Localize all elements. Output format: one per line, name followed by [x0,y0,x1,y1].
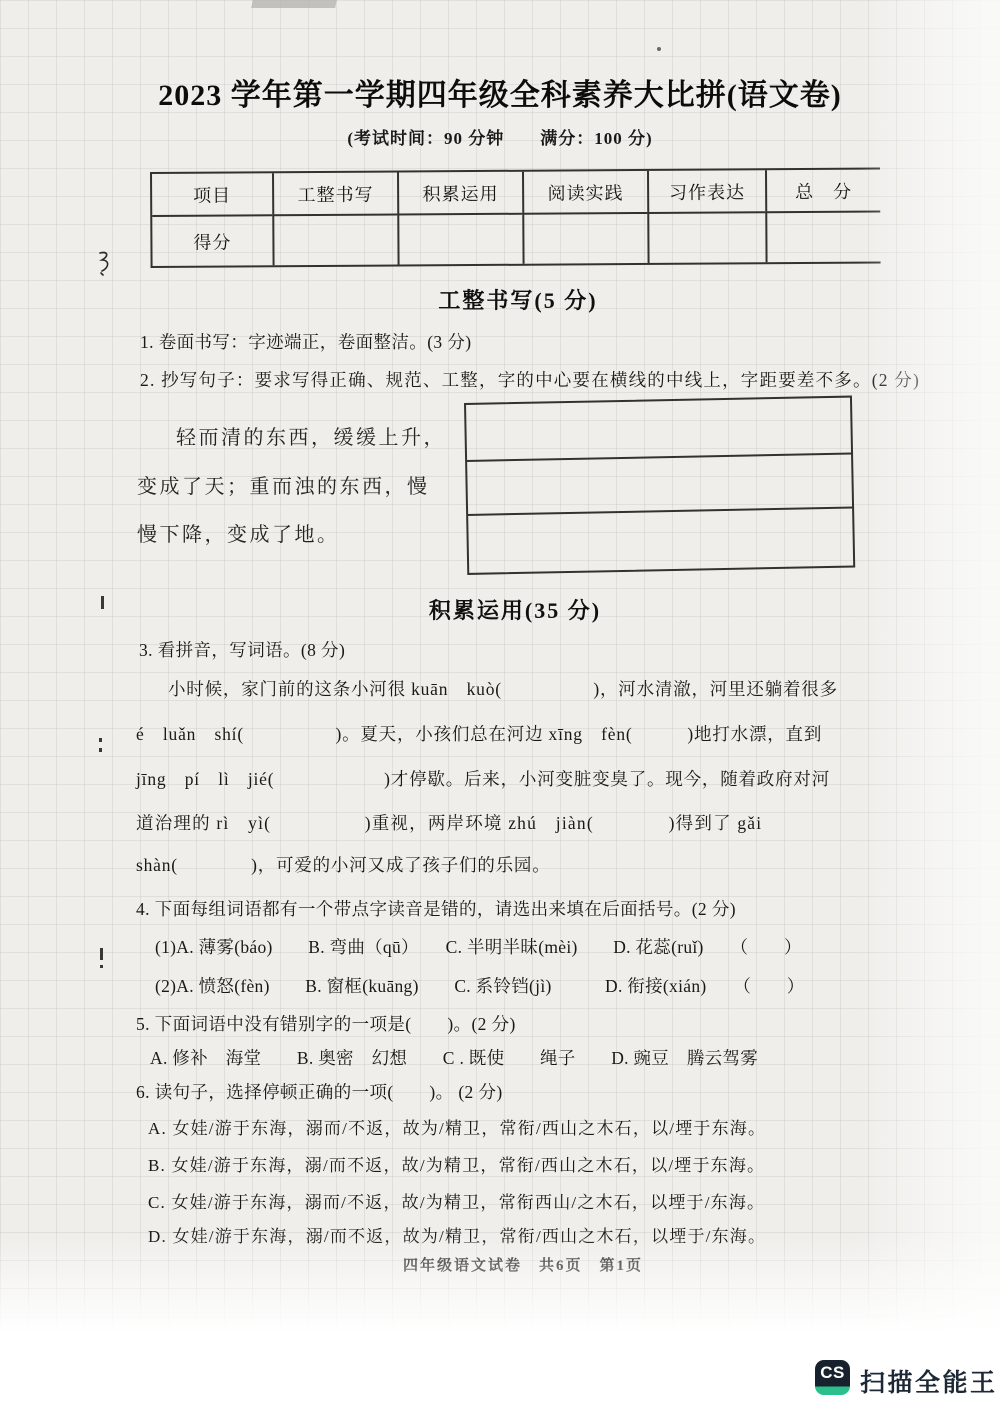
copy-text-line: 慢下降，变成了地。 [137,518,340,547]
question-6: 6. 读句子，选择停顿正确的一项( )。 (2 分) [136,1079,503,1104]
screenshot-root: 2023 学年第一学期四年级全科素养大比拼(语文卷) (考试时间：90 分钟 满… [0,0,1000,1415]
section-heading-neat-writing: 工整书写(5 分) [18,284,1000,315]
score-cell-empty [522,212,647,264]
score-table-header-neat-writing: 工整书写 [272,172,397,214]
question-1: 1. 卷面书写：字迹端正，卷面整洁。(3 分) [140,329,471,354]
copy-text-line: 变成了天；重而浊的东西，慢 [137,470,430,499]
score-cell-empty [272,213,397,265]
copy-text-line: 轻而清的东西，缓缓上升， [176,421,446,450]
scan-dot-artifact [657,47,661,51]
page-title: 2023 学年第一学期四年级全科素养大比拼(语文卷) [0,70,1000,114]
camscanner-logo-icon: CS [815,1360,850,1395]
scan-exclaim-artifact [100,948,103,960]
scan-colon-artifact [99,748,102,752]
question-5-options: A. 修补 海堂 B. 奥密 幻想 C . 既使 绳子 D. 豌豆 腾云驾雾 [150,1045,758,1070]
score-table: 项目 工整书写 积累运用 阅读实践 习作表达 总 分 得分 [150,168,881,268]
writing-rule-line [467,507,853,516]
score-cell-empty [765,211,880,263]
exam-time-score-note: (考试时间：90 分钟 满分：100 分) [0,124,1000,149]
scanned-exam-page: 2023 学年第一学期四年级全科素养大比拼(语文卷) (考试时间：90 分钟 满… [0,0,1000,1345]
question-6-option-b: B. 女娃/游于东海，溺/而不返，故/为精卫，常衔/西山之木石，以/堙于东海。 [148,1151,765,1176]
question-6-option-c: C. 女娃/游于东海，溺而/不返，故/为精卫，常衔西山/之木石，以堙于/东海。 [148,1188,765,1213]
question-2: 2. 抄写句子：要求写得正确、规范、工整，字的中心要在横线的中线上，字距要差不多… [140,367,920,392]
question-4-group-2: (2)A. 愤怒(fèn) B. 窗框(kuāng) C. 系铃铛(jì) D.… [155,973,805,998]
question-6-option-d: D. 女娃/游于东海，溺/而不返，故为/精卫，常衔/西山之木石，以堙于/东海。 [148,1222,766,1247]
pinyin-passage-line: é luǎn shí( )。夏天，小孩们总在河边 xīng fèn( )地打水漂… [136,721,822,746]
question-5: 5. 下面词语中没有错别字的一项是( )。(2 分) [136,1011,516,1036]
scan-exclaim-artifact [100,965,103,968]
handwriting-answer-box[interactable] [464,396,855,575]
score-table-header-total: 总 分 [765,170,880,212]
score-cell-empty [397,213,522,265]
section-heading-accumulation: 积累运用(35 分) [15,594,1000,625]
question-4-group-1: (1)A. 薄雾(báo) B. 弯曲（qū） C. 半明半昧(mèi) D. … [155,934,802,959]
pinyin-passage-line: jīng pí lì jié( )才停歇。后来，小河变脏变臭了。现今，随着政府对… [136,766,830,791]
score-table-header-reading: 阅读实践 [522,171,647,213]
question-6-option-a: A. 女娃/游于东海，溺而/不返，故为/精卫，常衔/西山之木石，以/堙于东海。 [148,1114,766,1139]
scan-smudge [251,0,337,8]
score-table-header-item: 项目 [152,173,272,215]
scan-colon-artifact [99,738,102,742]
pinyin-passage-line: 小时候，家门前的这条小河很 kuān kuò( )，河水清澈，河里还躺着很多 [168,676,838,701]
question-4: 4. 下面每组词语都有一个带点字读音是错的，请选出来填在后面括号。(2 分) [136,896,736,921]
scan-bottom-fade [0,1235,1000,1347]
score-table-row-label: 得分 [152,214,272,266]
score-cell-empty [647,211,765,263]
pinyin-passage-line: 道治理的 rì yì( )重视，两岸环境 zhú jiàn( )得到了 gǎi [136,810,762,835]
camscanner-label: 扫描全能王 [860,1363,998,1399]
page-footer: 四年级语文试卷 共6页 第1页 [23,1254,1000,1275]
camscanner-badge-text: CS [820,1360,845,1386]
writing-rule-line [466,453,852,462]
pinyin-passage-line: shàn( )，可爱的小河又成了孩子们的乐园。 [136,852,551,877]
score-table-header-accumulation: 积累运用 [397,172,522,214]
scan-squiggle-artifact [96,250,112,276]
question-3: 3. 看拼音，写词语。(8 分) [139,637,345,662]
score-table-header-composition: 习作表达 [647,170,765,212]
